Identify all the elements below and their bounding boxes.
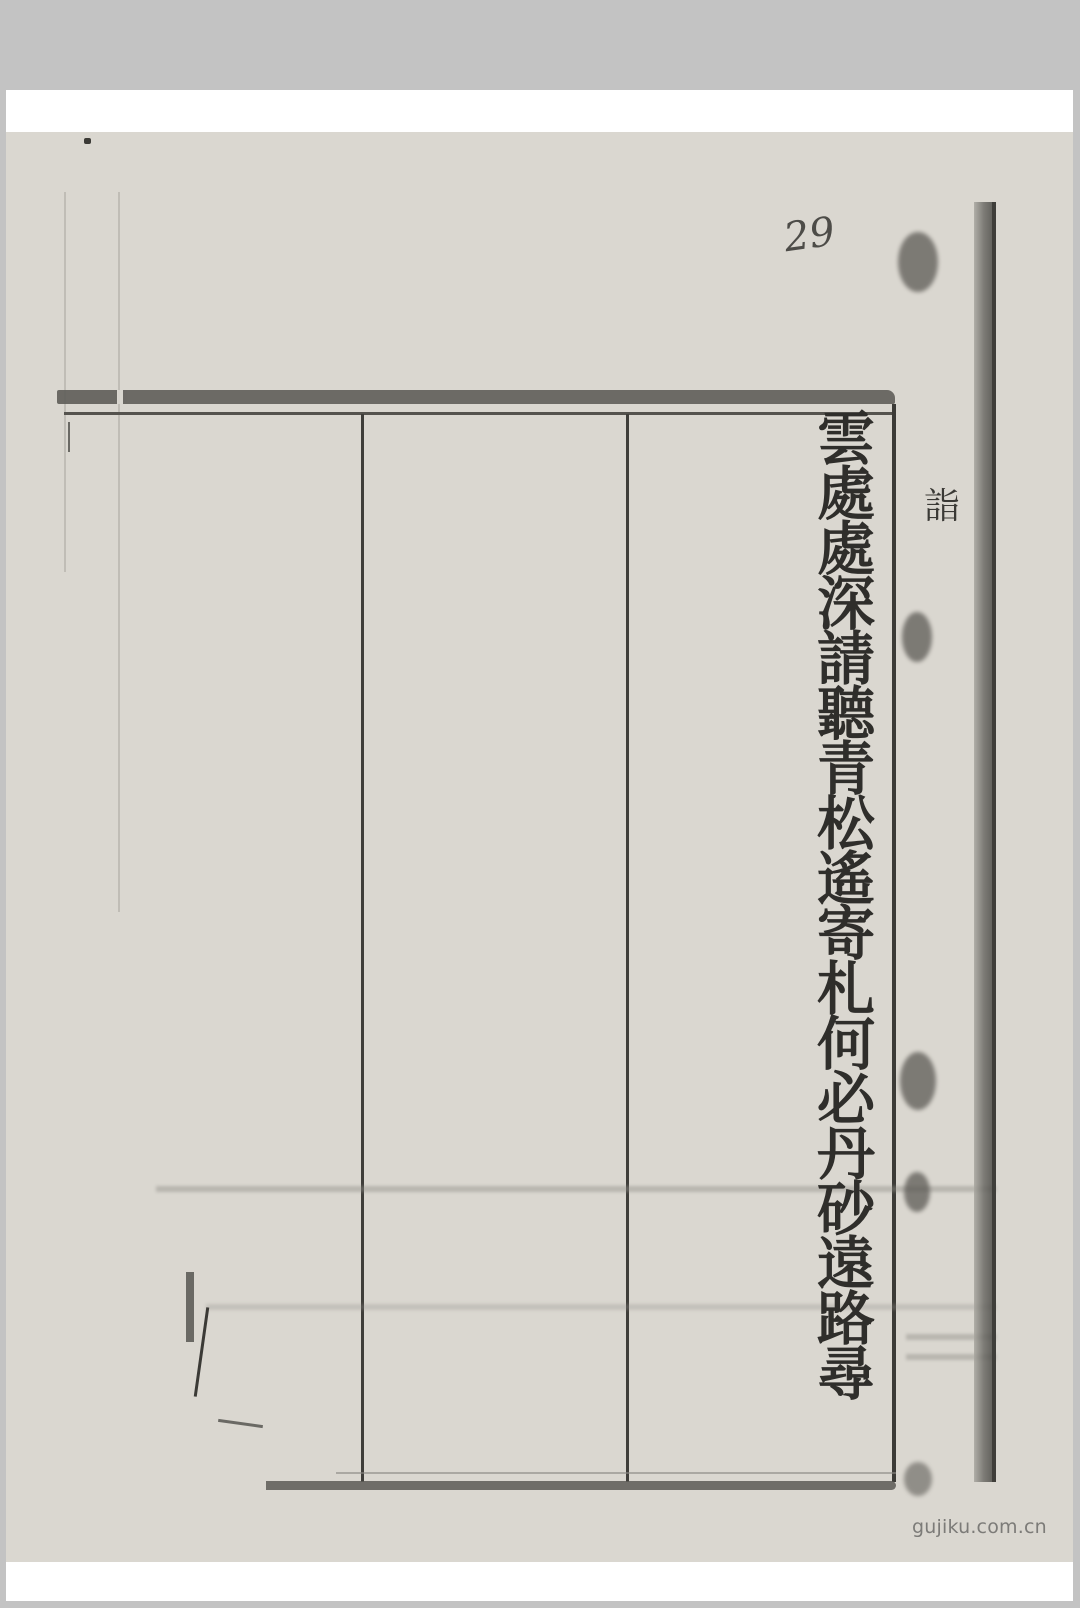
ink-blot [898,232,938,292]
margin-fragment: 詣 [924,478,960,529]
gutter-edge [992,202,996,1482]
text-char: 雲 [817,412,875,467]
text-char: 請 [817,632,875,687]
text-char: 尋 [817,1347,875,1402]
ink-blot [902,612,932,662]
text-char: 聽 [817,687,875,742]
watermark: gujiku.com.cn [912,1516,1047,1538]
text-char: 深 [817,577,875,632]
text-char: 松 [817,797,875,852]
ink-blot [900,1052,936,1110]
main-text-column: 雲 處 處 深 請 聽 青 松 遙 寄 札 何 必 丹 砂 遠 路 尋 [806,412,886,1402]
faint-rule [118,192,120,912]
text-char: 處 [817,522,875,577]
text-char: 青 [817,742,875,797]
text-char: 遙 [817,852,875,907]
ink-tick [68,422,70,452]
top-border-thick [57,390,895,404]
text-char: 砂 [817,1182,875,1237]
ink-stroke [218,1419,263,1428]
ink-blot [904,1462,932,1496]
text-char: 必 [817,1072,875,1127]
ink-stroke [186,1272,194,1342]
page-number: 29 [781,209,838,262]
column-divider [626,414,629,1482]
text-char: 寄 [817,907,875,962]
text-char: 何 [817,1017,875,1072]
column-divider [361,414,364,1482]
bottom-border-thin [336,1472,896,1474]
right-frame-line [892,404,896,1482]
text-char: 路 [817,1292,875,1347]
ink-stroke [194,1307,209,1397]
top-border-thin [64,412,894,415]
bottom-border-thick [266,1481,896,1490]
text-char: 遠 [817,1237,875,1292]
ink-blot [904,1172,930,1212]
text-char: 處 [817,467,875,522]
faint-rule [64,192,66,572]
text-char: 札 [817,962,875,1017]
text-char: 丹 [817,1127,875,1182]
ink-speck [84,138,91,144]
manuscript-page: 29 詣 雲 處 處 深 請 聽 青 松 遙 寄 札 何 必 丹 砂 遠 路 尋 [6,132,1073,1562]
